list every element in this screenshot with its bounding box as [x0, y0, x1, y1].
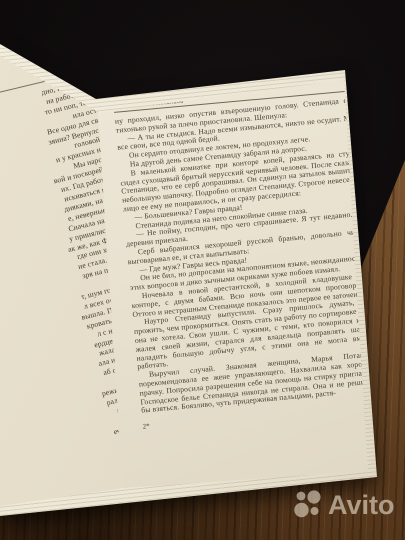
avito-watermark: Avito	[292, 488, 395, 522]
page-body: ну проходил, низко опустив взъерошенную …	[115, 96, 381, 416]
avito-logo-icon	[292, 488, 326, 522]
avito-watermark-label: Avito	[328, 492, 395, 519]
right-page-text: 19 Двужильная Степанида ну проходил, низ…	[112, 67, 382, 430]
product-photo: Л. Сейфуллина дно, и при белых та жена р…	[0, 0, 405, 540]
open-book: Л. Сейфуллина дно, и при белых та жена р…	[0, 0, 405, 540]
